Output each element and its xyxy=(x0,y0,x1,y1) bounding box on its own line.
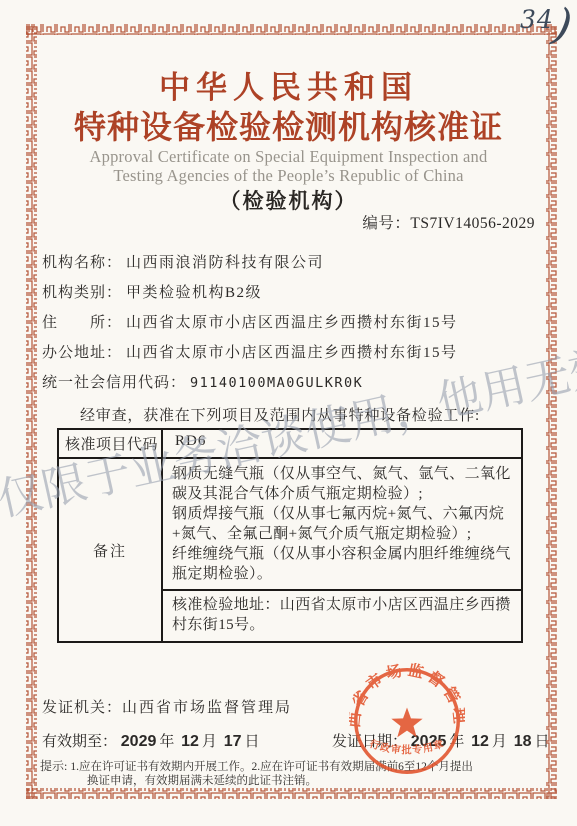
certificate-page: 34) 中华人民共和国 特种设备检验检测机构核准证 Approval Certi… xyxy=(0,0,577,826)
handwritten-annotation: 34) xyxy=(520,0,571,51)
official-seal: 山西省市场监督管理局 行政审批专用章 xyxy=(349,663,465,779)
star-icon xyxy=(391,707,422,737)
meander-border-frame xyxy=(0,0,577,826)
handwritten-number: 34 xyxy=(520,5,554,34)
seal-bottom-text: 行政审批专用章 xyxy=(368,737,446,756)
